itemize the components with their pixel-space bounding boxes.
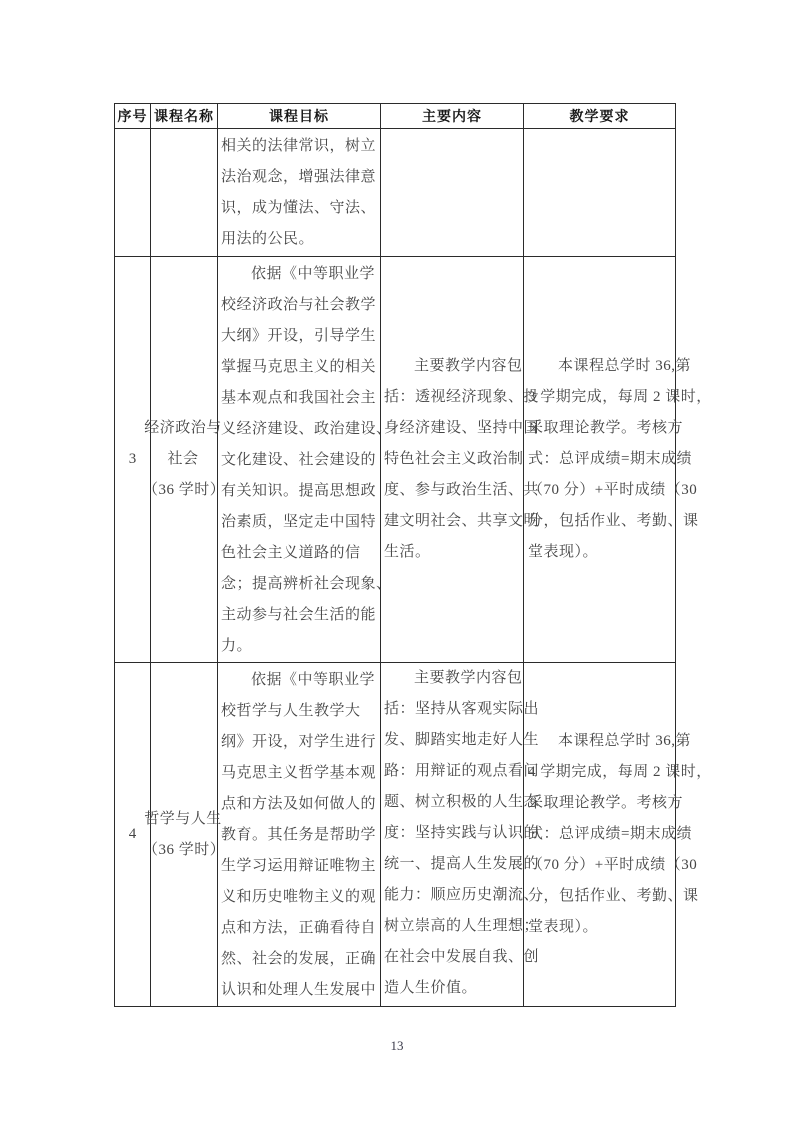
cell-content: 主要教学内容包 括：坚持从客观实际出 发、脚踏实地走好人生 路：用辩证的观点看问… (381, 663, 524, 1007)
objectives-text: 相关的法律常识，树立 法治观念，增强法律意 识，成为懂法、守法、 用法的公民。 (221, 129, 380, 255)
cell-objectives: 相关的法律常识，树立 法治观念，增强法律意 识，成为懂法、守法、 用法的公民。 (218, 129, 381, 257)
header-cell-requirements: 教学要求 (524, 104, 676, 129)
cell-requirements (524, 129, 676, 257)
document-page: 序号 课程名称 课程目标 主要内容 教学要求 相关的法律常识，树立 法治观念，增… (0, 0, 794, 1123)
cell-requirements: 本课程总学时 36,第 3 学期完成，每周 2 课时， 采取理论教学。考核方 式… (524, 257, 676, 663)
table-row-course-4: 4 哲学与人生 （36 学时） 依据《中等职业学 校哲学与人生教学大 纲》开设，… (115, 663, 676, 1007)
header-cell-objectives: 课程目标 (218, 104, 381, 129)
cell-course-name: 经济政治与 社会 （36 学时） (151, 257, 218, 663)
table-row-course-3: 3 经济政治与 社会 （36 学时） 依据《中等职业学 校经济政治与社会教学 大… (115, 257, 676, 663)
cell-objectives: 依据《中等职业学 校经济政治与社会教学 大纲》开设，引导学生 掌握马克思主义的相… (218, 257, 381, 663)
table-row-continuation: 相关的法律常识，树立 法治观念，增强法律意 识，成为懂法、守法、 用法的公民。 (115, 129, 676, 257)
table-header-row: 序号 课程名称 课程目标 主要内容 教学要求 (115, 104, 676, 129)
cell-course-name (151, 129, 218, 257)
cell-requirements: 本课程总学时 36,第 4 学期完成，每周 2 课时， 采取理论教学。考核方 式… (524, 663, 676, 1007)
requirements-text: 本课程总学时 36,第 3 学期完成，每周 2 课时， 采取理论教学。考核方 式… (528, 351, 675, 568)
header-cell-index: 序号 (115, 104, 151, 129)
cell-index (115, 129, 151, 257)
course-name-text: 经济政治与 社会 （36 学时） (143, 413, 223, 506)
page-number: 13 (0, 1036, 794, 1056)
content-text: 主要教学内容包 括：透视经济现象、投 身经济建设、坚持中国 特色社会主义政治制 … (384, 351, 523, 568)
requirements-text: 本课程总学时 36,第 4 学期完成，每周 2 课时， 采取理论教学。考核方 式… (528, 726, 675, 943)
cell-content: 主要教学内容包 括：透视经济现象、投 身经济建设、坚持中国 特色社会主义政治制 … (381, 257, 524, 663)
objectives-text: 依据《中等职业学 校哲学与人生教学大 纲》开设，对学生进行 马克思主义哲学基本观… (221, 663, 380, 1006)
cell-course-name: 哲学与人生 （36 学时） (151, 663, 218, 1007)
curriculum-table: 序号 课程名称 课程目标 主要内容 教学要求 相关的法律常识，树立 法治观念，增… (114, 103, 676, 1007)
course-name-text: 哲学与人生 （36 学时） (143, 804, 223, 866)
content-text: 主要教学内容包 括：坚持从客观实际出 发、脚踏实地走好人生 路：用辩证的观点看问… (384, 663, 523, 1004)
cell-content (381, 129, 524, 257)
header-cell-content: 主要内容 (381, 104, 524, 129)
header-cell-course-name: 课程名称 (151, 104, 218, 129)
cell-objectives: 依据《中等职业学 校哲学与人生教学大 纲》开设，对学生进行 马克思主义哲学基本观… (218, 663, 381, 1007)
objectives-text: 依据《中等职业学 校经济政治与社会教学 大纲》开设，引导学生 掌握马克思主义的相… (221, 257, 380, 662)
